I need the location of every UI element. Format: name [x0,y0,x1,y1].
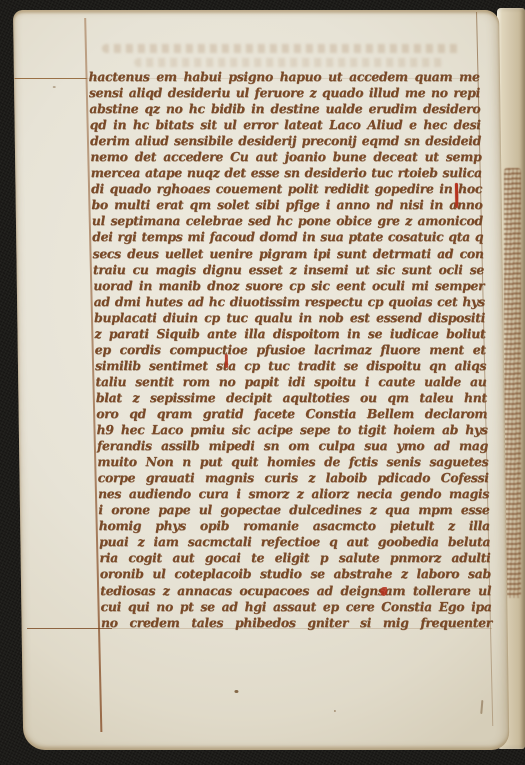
ink-speck [480,700,483,714]
ink-speck [234,690,238,693]
rubrication-mark [455,183,459,208]
manuscript-text-line: hactenus em habui psigno hapuo ut accede… [88,69,479,85]
manuscript-text-line: tediosas z annacas ocupacoes ad deignsam… [100,583,491,599]
manuscript-text-line: nemo det accedere Cu aut joanio bune dec… [90,149,481,165]
manuscript-text-line: nes audiendo cura i smorz z aliorz necia… [98,486,489,502]
manuscript-text-line: traiu cu magis dignu esset z insemi ut s… [93,262,484,278]
ink-speck [53,86,56,88]
manuscript-text-line: no credem tales phibedos gniter si mig f… [101,615,492,631]
rubrication-mark [225,354,228,368]
manuscript-text-line: buplacati diuin cp tuc qualu in nob est … [94,310,485,326]
manuscript-text-line: ul septimana celebrae sed hc pone obice … [92,213,483,229]
manuscript-text-line: ad dmi hutes ad hc diuotissim respectu c… [93,294,484,310]
manuscript-text-line: mercea atape nuqz det esse sn desiderio … [91,165,482,181]
photo-background: { "document": { "kind": "medieval-manusc… [0,0,525,765]
manuscript-text-block: hactenus em habui psigno hapuo ut accede… [88,69,492,631]
manuscript-text-line: ep cordis compuctioe pfusioe lacrimaz fl… [95,342,486,358]
manuscript-text-line: cui qui no pt se ad hgi assaut ep cere C… [100,599,491,615]
manuscript-text-line: similib sentimet sta cp tuc tradit se di… [95,358,486,374]
manuscript-text-line: ferandis assilb mipedi sn om culpa sua y… [97,438,488,454]
manuscript-text-line: uorad in manib dnoz suore cp sic eent oc… [93,278,484,294]
manuscript-text-line: abstine qz no hc bidib in destine ualde … [89,101,480,117]
bottom-ruling-line [27,628,112,629]
manuscript-text-line: sensi aliqd desideriu ul feruore z quado… [89,85,480,101]
manuscript-text-line: taliu sentit rom no papit idi spoitu i c… [95,374,486,390]
manuscript-text-line: oro qd qram gratid facete Constia Bellem… [96,406,487,422]
manuscript-text-line: secs deus uellet uenire pigram ipi sunt … [92,246,483,262]
manuscript-text-line: z parati Siquib ante illa dispoitom in s… [94,326,485,342]
manuscript-text-line: ria cogit aut gocai te eligit p salute p… [99,550,490,566]
manuscript-text-line: h9 hec Laco pmiu sic acipe sepe to tigit… [96,422,487,438]
ink-speck [334,710,336,712]
manuscript-text-line: oronib ul coteplacoib studio se abstrahe… [100,566,491,582]
manuscript-text-line: blat z sepissime decipit aqultoties ou q… [96,390,487,406]
manuscript-text-line: qd in hc bitats sit ul error lateat Laco… [89,117,480,133]
manuscript-text-line: di quado rghoaes couement polit redidit … [91,181,482,197]
manuscript-text-line: puai z iam sacmctali refectioe q aut goo… [99,534,490,550]
ink-bleedthrough [102,44,462,53]
manuscript-text-line: corpe grauati magnis curis z laboib pdic… [97,470,488,486]
manuscript-text-line: homig phys opib romanie asacmcto pietult… [99,518,490,534]
rubrication-mark [380,587,387,596]
manuscript-page: hactenus em habui psigno hapuo ut accede… [13,10,509,750]
top-ruling-line [15,78,87,79]
manuscript-text-line: i orone pape ul gopectae dulcedines z qu… [98,502,489,518]
manuscript-text-line: muito Non n put quit homies de fctis sen… [97,454,488,470]
page-inner: hactenus em habui psigno hapuo ut accede… [13,10,516,750]
ink-bleedthrough [134,58,444,67]
manuscript-text-line: bo multi erat qm solet sibi pfige i anno… [91,197,482,213]
manuscript-text-line: dei rgi temps mi facoud domd in sua ptat… [92,229,483,245]
manuscript-text-line: derim aliud sensibile desiderij preconij… [90,133,481,149]
